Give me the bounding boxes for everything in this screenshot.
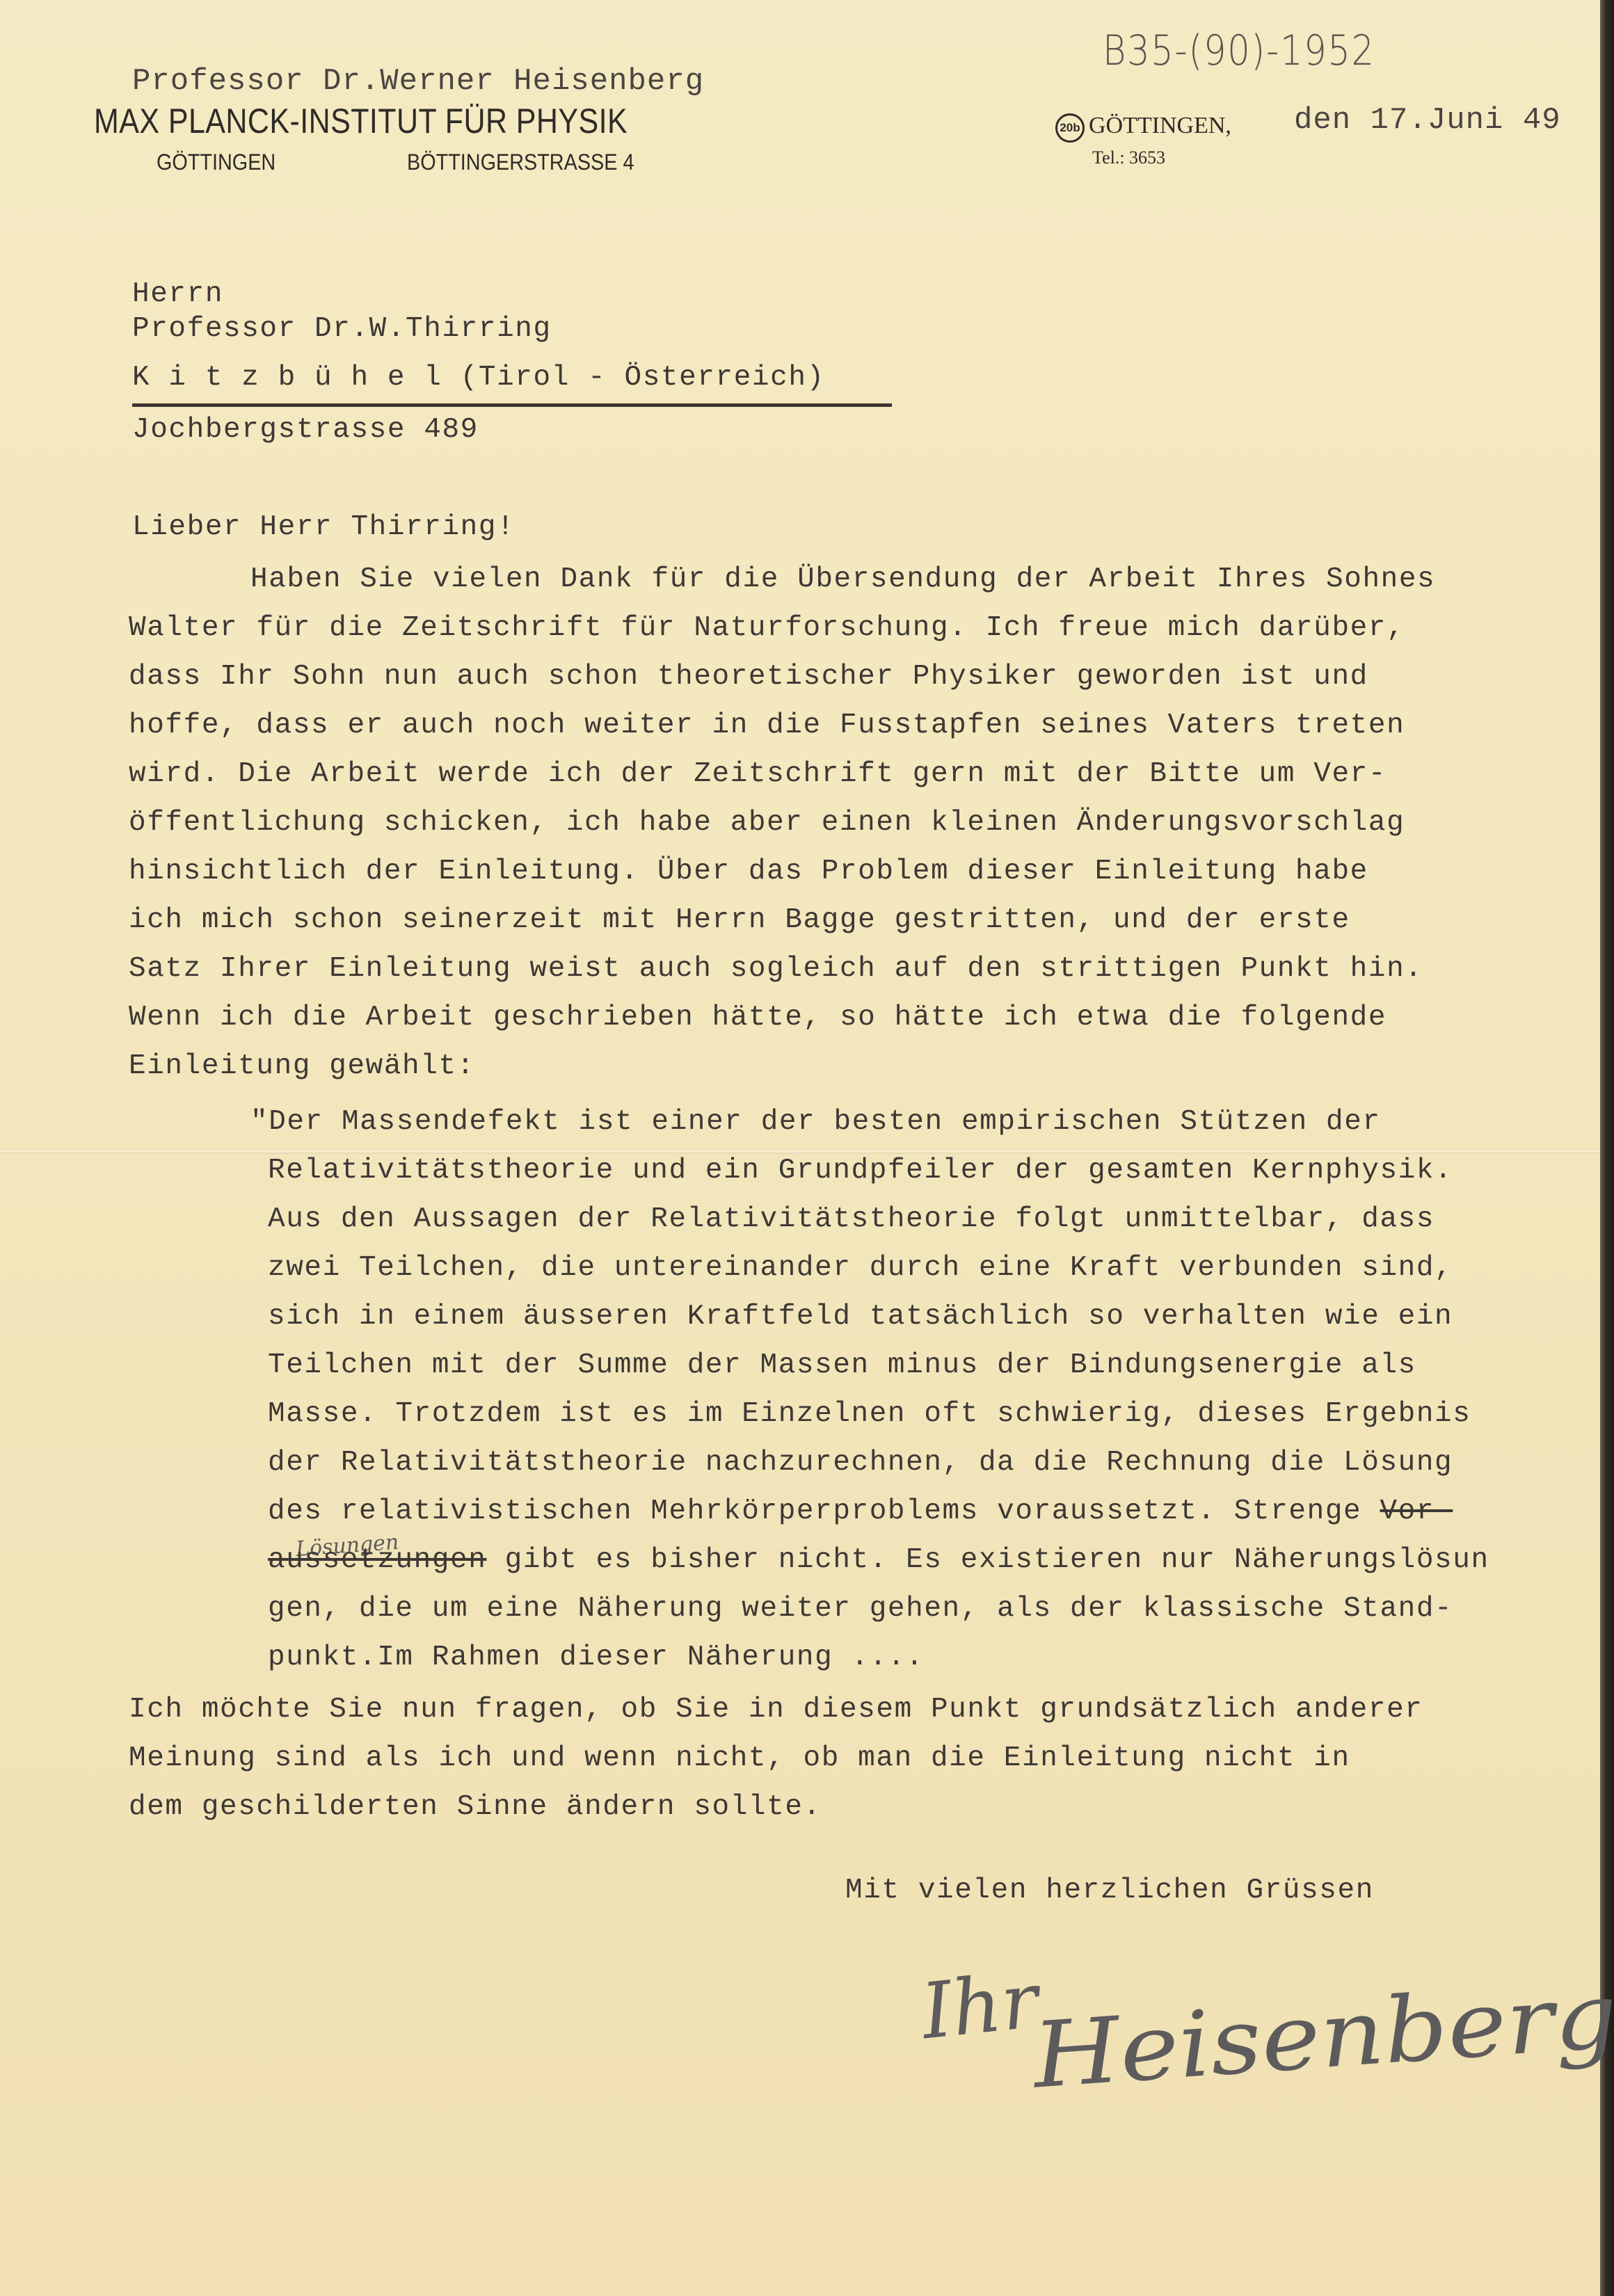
postcode-badge-icon: 20b: [1055, 113, 1085, 143]
body-line: Meinung sind als ich und wenn nicht, ob …: [129, 1742, 1350, 1774]
quote-line-with-strike: des relativistischen Mehrkörperproblems …: [268, 1495, 1453, 1527]
signature-ihr: Ihr: [918, 1956, 1042, 2057]
quote-line: gen, die um eine Näherung weiter gehen, …: [268, 1593, 1453, 1625]
quote-line-after-strike: aussetzungen gibt es bisher nicht. Es ex…: [268, 1544, 1489, 1576]
quote-line: punkt.Im Rahmen dieser Näherung ....: [268, 1641, 924, 1673]
recipient-place: K i t z b ü h e l (Tirol - Österreich): [132, 362, 825, 394]
recipient-street: Jochbergstrasse 489: [132, 414, 479, 446]
struck-word-part2: aussetzungen: [268, 1544, 486, 1576]
quote-line: Aus den Aussagen der Relativitätstheorie…: [268, 1203, 1435, 1235]
body-line: Wenn ich die Arbeit geschrieben hätte, s…: [129, 1002, 1387, 1034]
archive-number: B35-(90)-1952: [1103, 26, 1375, 75]
letterhead-city: GÖTTINGEN: [157, 150, 275, 175]
greeting: Lieber Herr Thirring!: [132, 511, 515, 543]
body-line: dem geschilderten Sinne ändern sollte.: [129, 1791, 822, 1823]
body-line: ich mich schon seinerzeit mit Herrn Bagg…: [129, 904, 1350, 936]
body-line: Satz Ihrer Einleitung weist auch sogleic…: [129, 953, 1423, 985]
quote-line: "Der Massendefekt ist einer der besten e…: [250, 1106, 1381, 1138]
letterhead-sender-name: Professor Dr.Werner Heisenberg: [132, 64, 704, 99]
recipient-place-underline: [132, 403, 892, 407]
scan-edge: [1600, 0, 1614, 2296]
quote-line-rest: gibt es bisher nicht. Es existieren nur …: [486, 1544, 1489, 1576]
body-line: hinsichtlich der Einleitung. Über das Pr…: [129, 856, 1368, 888]
letterhead-street: BÖTTINGERSTRASSE 4: [407, 150, 634, 175]
quote-line: Masse. Trotzdem ist es im Einzelnen oft …: [268, 1398, 1471, 1430]
letter-date: den 17.Juni 49: [1294, 103, 1561, 138]
body-line: öffentlichung schicken, ich habe aber ei…: [129, 807, 1405, 839]
body-line: wird. Die Arbeit werde ich der Zeitschri…: [129, 758, 1387, 790]
recipient-name: Professor Dr.W.Thirring: [132, 313, 552, 345]
quote-line: Relativitätstheorie und ein Grundpfeiler…: [268, 1155, 1453, 1187]
struck-word-part1: Vor-: [1380, 1495, 1453, 1527]
paper-fold-crease: [0, 1151, 1600, 1154]
body-line: Ich möchte Sie nun fragen, ob Sie in die…: [129, 1694, 1423, 1726]
letterhead-institute: MAX PLANCK-INSTITUT FÜR PHYSIK: [94, 101, 628, 141]
closing: Mit vielen herzlichen Grüssen: [845, 1874, 1374, 1906]
letterhead-city-right: GÖTTINGEN,: [1089, 113, 1231, 139]
body-line: Walter für die Zeitschrift für Naturfors…: [129, 612, 1405, 644]
quote-line: Teilchen mit der Summe der Massen minus …: [268, 1349, 1416, 1381]
body-line: Haben Sie vielen Dank für die Übersendun…: [250, 563, 1435, 595]
quote-line: der Relativitätstheorie nachzurechnen, d…: [268, 1447, 1453, 1479]
quote-line: sich in einem äusseren Kraftfeld tatsäch…: [268, 1301, 1453, 1333]
body-line: Einleitung gewählt:: [129, 1050, 475, 1082]
letterhead-telephone: Tel.: 3653: [1092, 147, 1165, 168]
body-line: dass Ihr Sohn nun auch schon theoretisch…: [129, 661, 1368, 693]
recipient-salutation: Herrn: [132, 278, 223, 310]
quote-line: zwei Teilchen, die untereinander durch e…: [268, 1252, 1453, 1284]
body-line: hoffe, dass er auch noch weiter in die F…: [129, 709, 1405, 741]
quote-line-prefix: des relativistischen Mehrkörperproblems …: [268, 1495, 1380, 1527]
